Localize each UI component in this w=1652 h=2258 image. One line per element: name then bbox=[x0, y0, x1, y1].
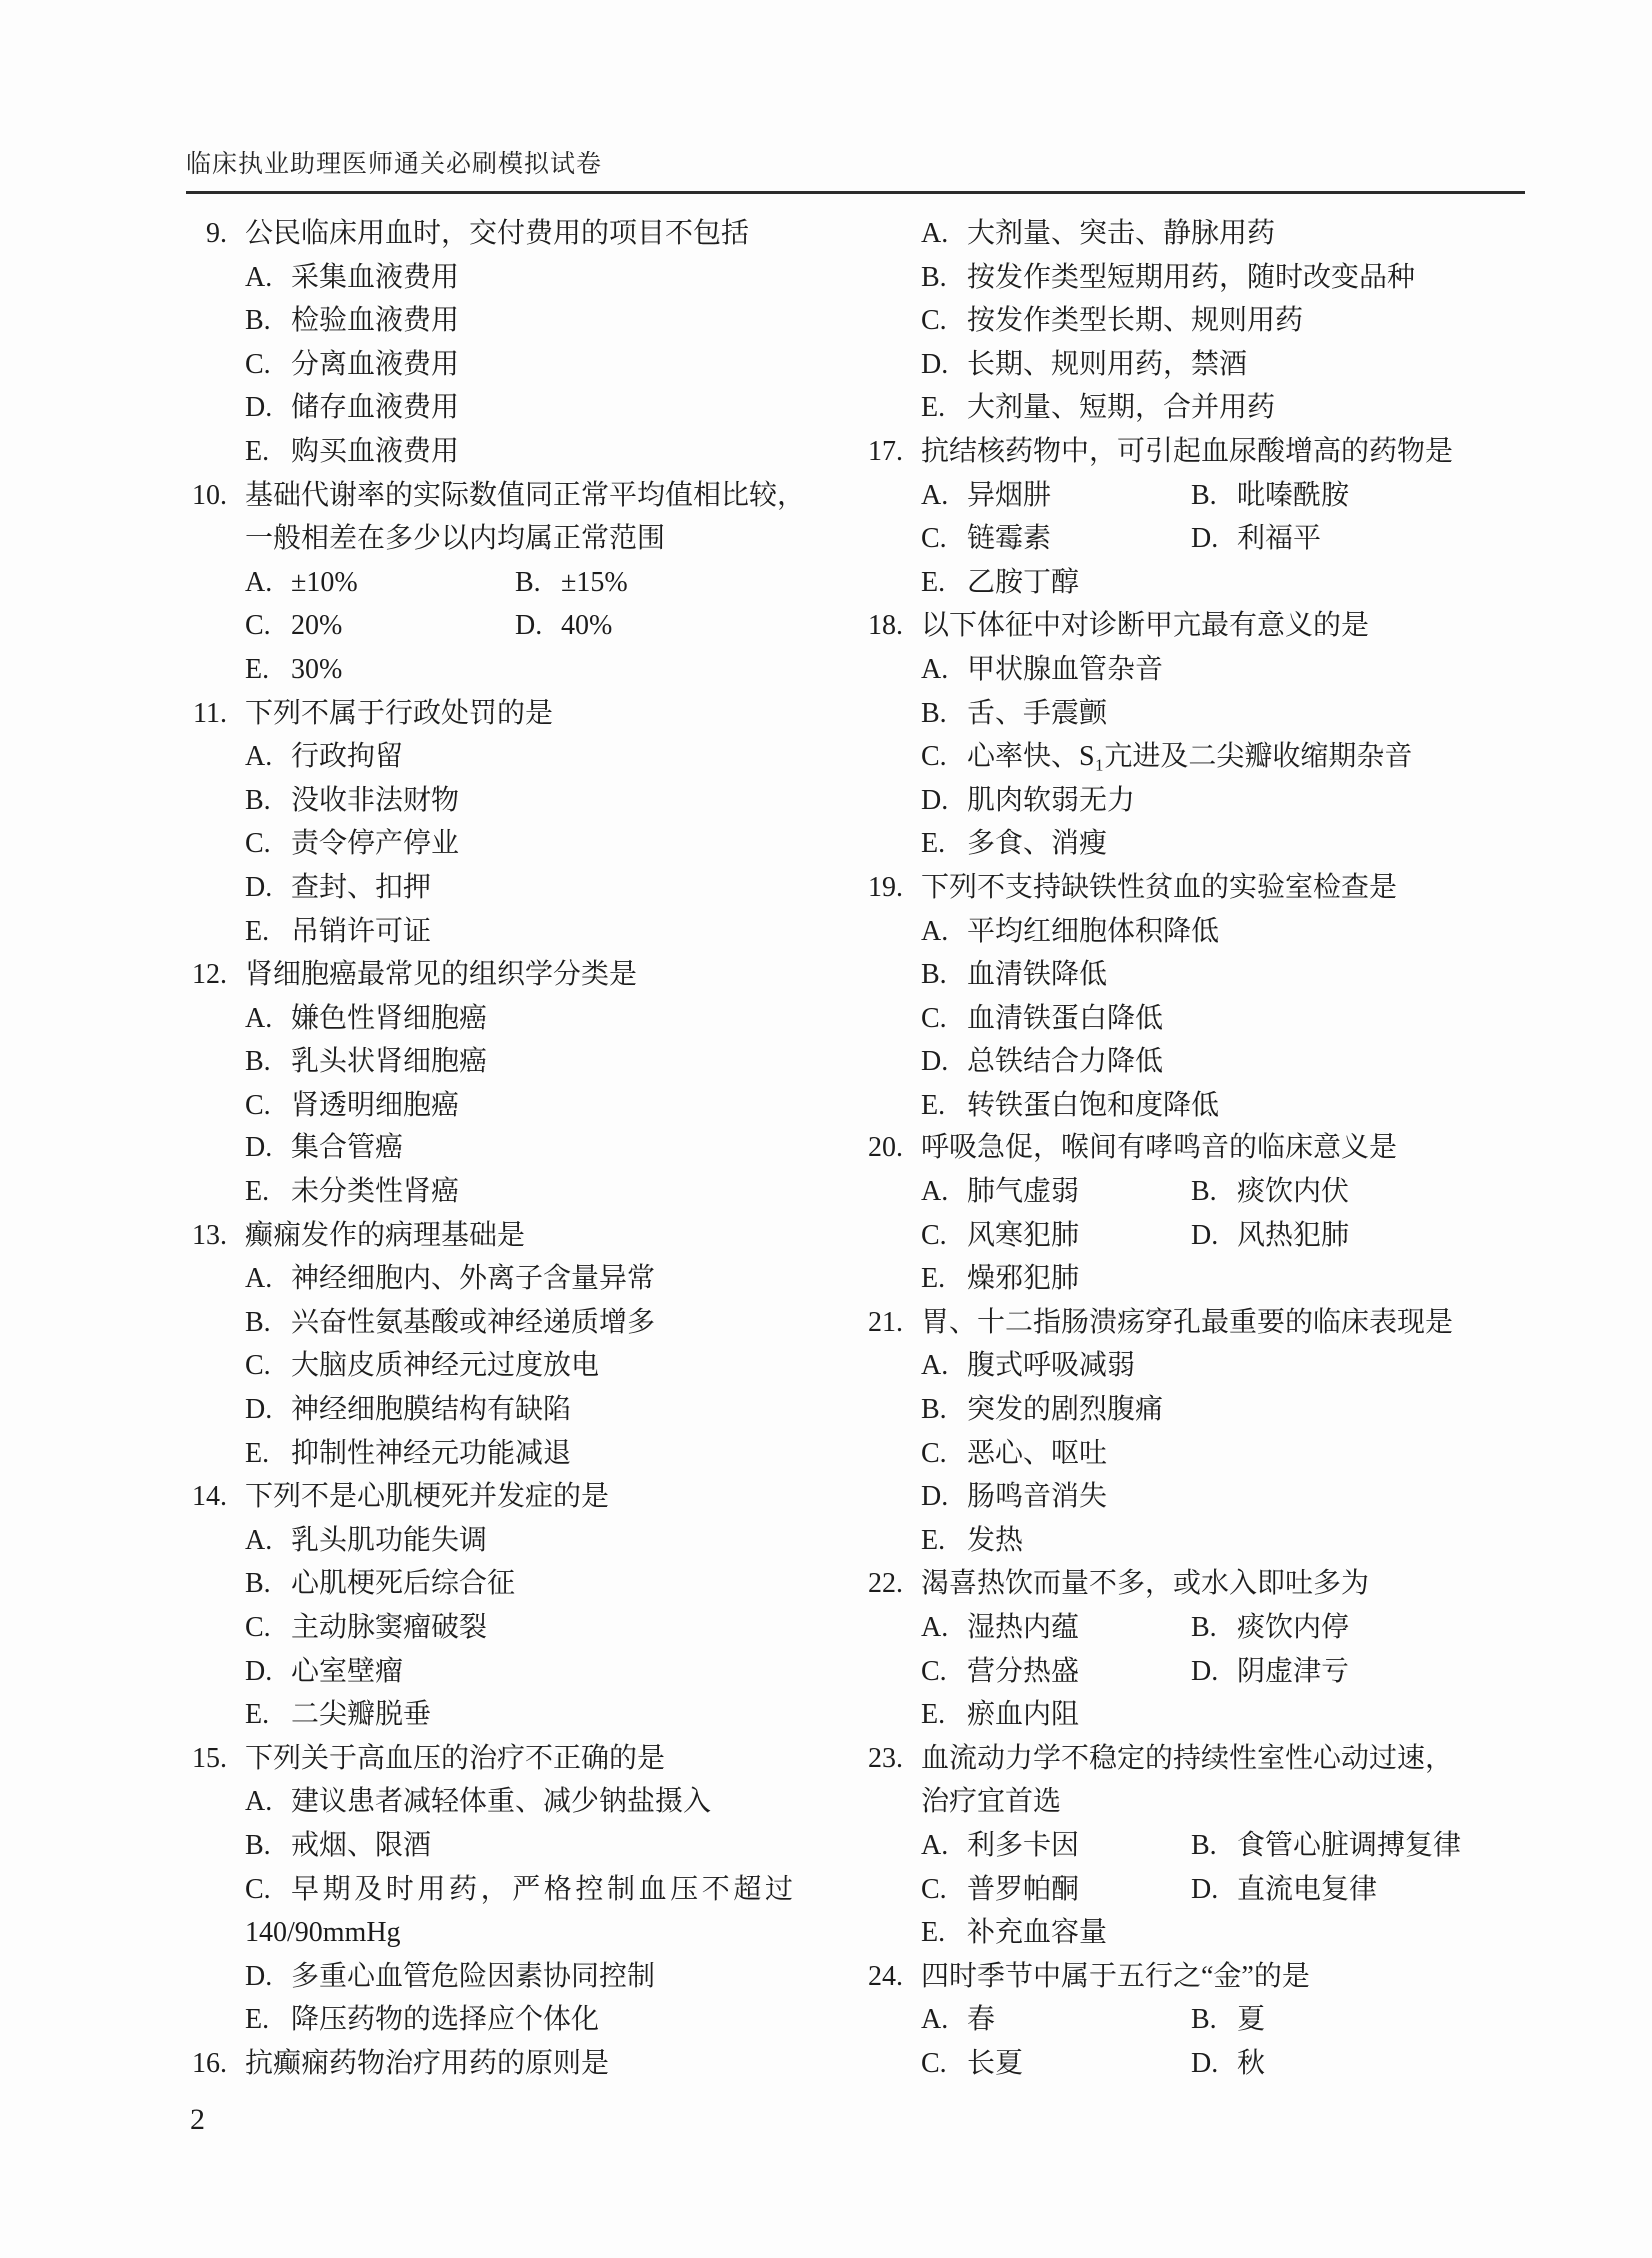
option-label: A. bbox=[245, 997, 291, 1041]
option: C.恶心、呕吐 bbox=[921, 1432, 1525, 1476]
option-row: C.风寒犯肺D.风热犯肺 bbox=[921, 1214, 1525, 1258]
option-label: B. bbox=[245, 1562, 291, 1606]
option-text: 大剂量、突击、静脉用药 bbox=[967, 218, 1275, 249]
option: B.舌、手震颤 bbox=[921, 692, 1525, 736]
option-text: 降压药物的选择应个体化 bbox=[291, 2004, 599, 2035]
option-text: 痰饮内伏 bbox=[1237, 1176, 1349, 1207]
option-row: A.春B.夏 bbox=[921, 1998, 1525, 2042]
option-text: 秋 bbox=[1237, 2048, 1265, 2079]
option-text: 突发的剧烈腹痛 bbox=[967, 1394, 1163, 1425]
option: A.湿热内蕴 bbox=[921, 1606, 1191, 1650]
option-text: 多重心血管危险因素协同控制 bbox=[291, 1961, 655, 1992]
question-number: 18. bbox=[862, 604, 903, 648]
question-number: 17. bbox=[862, 430, 903, 474]
option-label: D. bbox=[245, 1955, 291, 1999]
option-label: D. bbox=[515, 604, 561, 648]
option: E.购买血液费用 bbox=[245, 430, 862, 474]
option-label: B. bbox=[921, 692, 967, 736]
option: E.瘀血内阻 bbox=[921, 1693, 1191, 1737]
option-label: B. bbox=[245, 779, 291, 823]
option-label: E. bbox=[245, 1432, 291, 1476]
option-text: 检验血液费用 bbox=[291, 305, 459, 336]
option-label: E. bbox=[245, 910, 291, 954]
option-label: D. bbox=[245, 386, 291, 430]
option-label: D. bbox=[1191, 517, 1237, 561]
option-label: E. bbox=[245, 1998, 291, 2042]
option: C.长夏 bbox=[921, 2042, 1191, 2086]
option-text: 早期及时用药，严格控制血压不超过 140/90mmHg bbox=[245, 1874, 797, 1949]
option-row: E.燥邪犯肺 bbox=[921, 1257, 1525, 1301]
option: D.肠鸣音消失 bbox=[921, 1475, 1525, 1519]
question-columns: 9.公民临床用血时，交付费用的项目不包括A.采集血液费用B.检验血液费用C.分离… bbox=[186, 212, 1525, 2086]
option: B.没收非法财物 bbox=[245, 779, 862, 823]
question-stem: 13.癫痫发作的病理基础是 bbox=[186, 1214, 862, 1258]
question-number: 16. bbox=[186, 2042, 227, 2086]
option-text: 直流电复律 bbox=[1237, 1874, 1377, 1905]
option-label: C. bbox=[921, 1214, 967, 1258]
option-text: 多食、消瘦 bbox=[967, 828, 1107, 859]
option-text: 戒烟、限酒 bbox=[291, 1830, 431, 1861]
option: D.查封、扣押 bbox=[245, 866, 862, 910]
question-number: 19. bbox=[862, 866, 903, 910]
option-row: E.瘀血内阻 bbox=[921, 1693, 1525, 1737]
option: C.20% bbox=[245, 604, 515, 648]
option-label: A. bbox=[245, 256, 291, 300]
question-block: 11.下列不属于行政处罚的是A.行政拘留B.没收非法财物C.责令停产停业D.查封… bbox=[186, 692, 862, 954]
option-row: C.链霉素D.利福平 bbox=[921, 517, 1525, 561]
question-stem: 22.渴喜热饮而量不多，或水入即吐多为 bbox=[862, 1562, 1525, 1606]
page-number: 2 bbox=[190, 2102, 205, 2138]
question-stem-text: 肾细胞癌最常见的组织学分类是 bbox=[245, 959, 637, 990]
option: A.利多卡因 bbox=[921, 1824, 1191, 1868]
option: E.未分类性肾癌 bbox=[245, 1170, 862, 1214]
option-label: B. bbox=[1191, 474, 1237, 518]
option-label: B. bbox=[245, 1301, 291, 1345]
option: A.肺气虚弱 bbox=[921, 1170, 1191, 1214]
question-block: 15.下列关于高血压的治疗不正确的是A.建议患者减轻体重、减少钠盐摄入B.戒烟、… bbox=[186, 1737, 862, 2042]
question-stem: 10.基础代谢率的实际数值同正常平均值相比较， 一般相差在多少以内均属正常范围 bbox=[186, 474, 862, 561]
option-label: C. bbox=[921, 997, 967, 1041]
option: E.转铁蛋白饱和度降低 bbox=[921, 1084, 1525, 1128]
option: D.秋 bbox=[1191, 2042, 1525, 2086]
option-text: 兴奋性氨基酸或神经递质增多 bbox=[291, 1307, 655, 1338]
option-label: C. bbox=[245, 343, 291, 387]
option-label: D. bbox=[921, 1475, 967, 1519]
option-text: 普罗帕酮 bbox=[967, 1874, 1079, 1905]
option-label: C. bbox=[921, 735, 967, 779]
option: C.大脑皮质神经元过度放电 bbox=[245, 1344, 862, 1388]
option-label: B. bbox=[1191, 1606, 1237, 1650]
header-rule bbox=[186, 191, 1525, 194]
column-right: A.大剂量、突击、静脉用药B.按发作类型短期用药，随时改变品种C.按发作类型长期… bbox=[862, 212, 1525, 2086]
option-text: 春 bbox=[967, 2004, 995, 2035]
option-text: 乳头状肾细胞癌 bbox=[291, 1046, 487, 1077]
option: D.心室壁瘤 bbox=[245, 1650, 862, 1694]
option-label: C. bbox=[921, 1868, 967, 1912]
option-row: A.肺气虚弱B.痰饮内伏 bbox=[921, 1170, 1525, 1214]
option: D.直流电复律 bbox=[1191, 1868, 1525, 1912]
option: A.平均红细胞体积降低 bbox=[921, 910, 1525, 954]
option-label: D. bbox=[245, 1650, 291, 1694]
option-label: B. bbox=[245, 1824, 291, 1868]
option: E.燥邪犯肺 bbox=[921, 1257, 1191, 1301]
question-number: 13. bbox=[186, 1214, 227, 1258]
question-stem-text: 渴喜热饮而量不多，或水入即吐多为 bbox=[921, 1568, 1369, 1599]
option: B.痰饮内伏 bbox=[1191, 1170, 1525, 1214]
option-text: 心率快、S₁亢进及二尖瓣收缩期杂音 bbox=[967, 741, 1412, 772]
option: E.降压药物的选择应个体化 bbox=[245, 1998, 862, 2042]
option-label: B. bbox=[245, 1040, 291, 1084]
option-text: 嫌色性肾细胞癌 bbox=[291, 1003, 487, 1034]
option-label: A. bbox=[245, 735, 291, 779]
question-stem-text: 基础代谢率的实际数值同正常平均值相比较， 一般相差在多少以内均属正常范围 bbox=[245, 480, 805, 555]
option-text: 神经细胞膜结构有缺陷 bbox=[291, 1394, 571, 1425]
option: A.神经细胞内、外离子含量异常 bbox=[245, 1257, 862, 1301]
option: D.利福平 bbox=[1191, 517, 1525, 561]
option-text: 吊销许可证 bbox=[291, 916, 431, 947]
option-label: B. bbox=[1191, 1170, 1237, 1214]
option-text: 总铁结合力降低 bbox=[967, 1046, 1163, 1077]
question-stem-text: 公民临床用血时，交付费用的项目不包括 bbox=[245, 218, 749, 249]
option: A.采集血液费用 bbox=[245, 256, 862, 300]
option-label: A. bbox=[921, 474, 967, 518]
option-text: 吡嗪酰胺 bbox=[1237, 480, 1349, 511]
option-label: A. bbox=[245, 1780, 291, 1824]
question-stem: 23.血流动力学不稳定的持续性室性心动过速， 治疗宜首选 bbox=[862, 1737, 1525, 1824]
option: A.±10% bbox=[245, 561, 515, 605]
question-block: 10.基础代谢率的实际数值同正常平均值相比较， 一般相差在多少以内均属正常范围A… bbox=[186, 474, 862, 692]
option-label: D. bbox=[245, 1127, 291, 1170]
option-label: E. bbox=[921, 561, 967, 605]
question-number: 24. bbox=[862, 1955, 903, 1999]
option: B.痰饮内停 bbox=[1191, 1606, 1525, 1650]
option-label: A. bbox=[921, 1998, 967, 2042]
option: B.乳头状肾细胞癌 bbox=[245, 1040, 862, 1084]
option: C.肾透明细胞癌 bbox=[245, 1084, 862, 1128]
question-block: 17.抗结核药物中，可引起血尿酸增高的药物是A.异烟肼B.吡嗪酰胺C.链霉素D.… bbox=[862, 430, 1525, 604]
option: A.异烟肼 bbox=[921, 474, 1191, 518]
question-number: 12. bbox=[186, 953, 227, 997]
option-label: B. bbox=[245, 299, 291, 343]
option: B.兴奋性氨基酸或神经递质增多 bbox=[245, 1301, 862, 1345]
question-number: 14. bbox=[186, 1475, 227, 1519]
option: D.集合管癌 bbox=[245, 1127, 862, 1170]
option-text: ±15% bbox=[561, 567, 628, 598]
question-block: 23.血流动力学不稳定的持续性室性心动过速， 治疗宜首选A.利多卡因B.食管心脏… bbox=[862, 1737, 1525, 1955]
option-text: 利福平 bbox=[1237, 523, 1321, 554]
options-continuation-block: A.大剂量、突击、静脉用药B.按发作类型短期用药，随时改变品种C.按发作类型长期… bbox=[862, 212, 1525, 430]
option-text: 主动脉窦瘤破裂 bbox=[291, 1612, 487, 1643]
question-stem: 12.肾细胞癌最常见的组织学分类是 bbox=[186, 953, 862, 997]
option: C.按发作类型长期、规则用药 bbox=[921, 299, 1525, 343]
option-text: 责令停产停业 bbox=[291, 828, 459, 859]
option: B.血清铁降低 bbox=[921, 953, 1525, 997]
option: D.长期、规则用药，禁酒 bbox=[921, 343, 1525, 387]
option-text: 恶心、呕吐 bbox=[967, 1438, 1107, 1469]
question-block: 9.公民临床用血时，交付费用的项目不包括A.采集血液费用B.检验血液费用C.分离… bbox=[186, 212, 862, 474]
option-text: 长期、规则用药，禁酒 bbox=[967, 349, 1247, 380]
option: E.二尖瓣脱垂 bbox=[245, 1693, 862, 1737]
option-label: E. bbox=[245, 430, 291, 474]
option: E.补充血容量 bbox=[921, 1911, 1191, 1955]
option: A.建议患者减轻体重、减少钠盐摄入 bbox=[245, 1780, 862, 1824]
option: C.早期及时用药，严格控制血压不超过 140/90mmHg bbox=[245, 1868, 862, 1955]
question-stem-text: 下列不属于行政处罚的是 bbox=[245, 698, 553, 729]
option: B.按发作类型短期用药，随时改变品种 bbox=[921, 256, 1525, 300]
question-block: 14.下列不是心肌梗死并发症的是A.乳头肌功能失调B.心肌梗死后综合征C.主动脉… bbox=[186, 1475, 862, 1737]
option: C.责令停产停业 bbox=[245, 822, 862, 866]
question-stem-text: 下列不支持缺铁性贫血的实验室检查是 bbox=[921, 872, 1397, 903]
option-text: 抑制性神经元功能减退 bbox=[291, 1438, 571, 1469]
question-number: 20. bbox=[862, 1127, 903, 1170]
option-text: 舌、手震颤 bbox=[967, 698, 1107, 729]
option-label: A. bbox=[921, 1344, 967, 1388]
option-text: 燥邪犯肺 bbox=[967, 1263, 1079, 1294]
option-text: 肾透明细胞癌 bbox=[291, 1090, 459, 1121]
option-row: C.20%D.40% bbox=[245, 604, 862, 648]
option-text: 集合管癌 bbox=[291, 1132, 403, 1163]
option-text: ±10% bbox=[291, 567, 358, 598]
option-label: A. bbox=[921, 212, 967, 256]
option-text: 营分热盛 bbox=[967, 1656, 1079, 1687]
option: C.普罗帕酮 bbox=[921, 1868, 1191, 1912]
option-text: 大脑皮质神经元过度放电 bbox=[291, 1350, 599, 1381]
option-text: 长夏 bbox=[967, 2048, 1023, 2079]
question-block: 20.呼吸急促，喉间有哮鸣音的临床意义是A.肺气虚弱B.痰饮内伏C.风寒犯肺D.… bbox=[862, 1127, 1525, 1300]
option-text: 风寒犯肺 bbox=[967, 1220, 1079, 1251]
option-text: 肺气虚弱 bbox=[967, 1176, 1079, 1207]
question-stem-text: 胃、十二指肠溃疡穿孔最重要的临床表现是 bbox=[921, 1307, 1453, 1338]
option-text: 没收非法财物 bbox=[291, 785, 459, 816]
question-stem: 18.以下体征中对诊断甲亢最有意义的是 bbox=[862, 604, 1525, 648]
option-text: 大剂量、短期，合并用药 bbox=[967, 392, 1275, 423]
question-stem-text: 下列不是心肌梗死并发症的是 bbox=[245, 1481, 609, 1512]
question-stem-text: 抗癫痫药物治疗用药的原则是 bbox=[245, 2048, 609, 2079]
option: B.±15% bbox=[515, 561, 862, 605]
question-stem: 17.抗结核药物中，可引起血尿酸增高的药物是 bbox=[862, 430, 1525, 474]
option-label: B. bbox=[1191, 1824, 1237, 1868]
option-row: A.利多卡因B.食管心脏调搏复律 bbox=[921, 1824, 1525, 1868]
option: C.营分热盛 bbox=[921, 1650, 1191, 1694]
option-text: 血清铁降低 bbox=[967, 959, 1107, 990]
option: A.甲状腺血管杂音 bbox=[921, 648, 1525, 692]
option-text: 查封、扣押 bbox=[291, 872, 431, 903]
option: A.春 bbox=[921, 1998, 1191, 2042]
option-label: E. bbox=[245, 1170, 291, 1214]
option: E.乙胺丁醇 bbox=[921, 561, 1191, 605]
exam-page: 临床执业助理医师通关必刷模拟试卷 9.公民临床用血时，交付费用的项目不包括A.采… bbox=[0, 0, 1652, 2258]
option-text: 利多卡因 bbox=[967, 1830, 1079, 1861]
option-label: D. bbox=[1191, 1868, 1237, 1912]
option: D.风热犯肺 bbox=[1191, 1214, 1525, 1258]
option-text: 腹式呼吸减弱 bbox=[967, 1350, 1135, 1381]
option-text: 按发作类型长期、规则用药 bbox=[967, 305, 1303, 336]
question-stem: 24.四时季节中属于五行之“金”的是 bbox=[862, 1955, 1525, 1999]
column-left: 9.公民临床用血时，交付费用的项目不包括A.采集血液费用B.检验血液费用C.分离… bbox=[186, 212, 862, 2086]
option-label: C. bbox=[921, 1432, 967, 1476]
question-block: 18.以下体征中对诊断甲亢最有意义的是A.甲状腺血管杂音B.舌、手震颤C.心率快… bbox=[862, 604, 1525, 866]
question-stem: 16.抗癫痫药物治疗用药的原则是 bbox=[186, 2042, 862, 2086]
option-label: B. bbox=[921, 953, 967, 997]
option-row: C.普罗帕酮D.直流电复律 bbox=[921, 1868, 1525, 1912]
option-label: C. bbox=[921, 517, 967, 561]
option-label: A. bbox=[921, 1824, 967, 1868]
option-row: A.异烟肼B.吡嗪酰胺 bbox=[921, 474, 1525, 518]
option: C.风寒犯肺 bbox=[921, 1214, 1191, 1258]
option-text: 肌肉软弱无力 bbox=[967, 785, 1135, 816]
option-label: A. bbox=[245, 1519, 291, 1563]
question-number: 22. bbox=[862, 1562, 903, 1606]
option-text: 采集血液费用 bbox=[291, 262, 459, 293]
option-text: 发热 bbox=[967, 1525, 1023, 1556]
question-number: 15. bbox=[186, 1737, 227, 1781]
option-text: 储存血液费用 bbox=[291, 392, 459, 423]
question-stem: 11.下列不属于行政处罚的是 bbox=[186, 692, 862, 736]
option-label: D. bbox=[921, 343, 967, 387]
option-text: 20% bbox=[291, 610, 342, 641]
option-label: B. bbox=[515, 561, 561, 605]
option-label: E. bbox=[921, 386, 967, 430]
option-label: E. bbox=[921, 1084, 967, 1128]
option-text: 平均红细胞体积降低 bbox=[967, 916, 1219, 947]
option-row: C.营分热盛D.阴虚津亏 bbox=[921, 1650, 1525, 1694]
option: A.乳头肌功能失调 bbox=[245, 1519, 862, 1563]
option-label: E. bbox=[245, 648, 291, 692]
option-text: 痰饮内停 bbox=[1237, 1612, 1349, 1643]
question-stem: 15.下列关于高血压的治疗不正确的是 bbox=[186, 1737, 862, 1781]
question-number: 11. bbox=[186, 692, 227, 736]
option-label: A. bbox=[245, 561, 291, 605]
question-stem-text: 以下体征中对诊断甲亢最有意义的是 bbox=[921, 610, 1369, 641]
option-text: 补充血容量 bbox=[967, 1917, 1107, 1948]
option: A.腹式呼吸减弱 bbox=[921, 1344, 1525, 1388]
option: D.多重心血管危险因素协同控制 bbox=[245, 1955, 862, 1999]
option: E.发热 bbox=[921, 1519, 1525, 1563]
option-text: 瘀血内阻 bbox=[967, 1699, 1079, 1730]
option: D.肌肉软弱无力 bbox=[921, 779, 1525, 823]
option: C.主动脉窦瘤破裂 bbox=[245, 1606, 862, 1650]
question-stem: 9.公民临床用血时，交付费用的项目不包括 bbox=[186, 212, 862, 256]
question-block: 22.渴喜热饮而量不多，或水入即吐多为A.湿热内蕴B.痰饮内停C.营分热盛D.阴… bbox=[862, 1562, 1525, 1736]
option-label: C. bbox=[921, 299, 967, 343]
question-number: 9. bbox=[186, 212, 227, 256]
option-row: E.30% bbox=[245, 648, 862, 692]
option-text: 未分类性肾癌 bbox=[291, 1176, 459, 1207]
option-text: 乳头肌功能失调 bbox=[291, 1525, 487, 1556]
option: B.夏 bbox=[1191, 1998, 1525, 2042]
option-label: D. bbox=[1191, 1650, 1237, 1694]
question-stem-text: 血流动力学不稳定的持续性室性心动过速， 治疗宜首选 bbox=[921, 1743, 1453, 1818]
option-label: C. bbox=[245, 1344, 291, 1388]
option-label: E. bbox=[921, 822, 967, 866]
option: A.行政拘留 bbox=[245, 735, 862, 779]
question-stem: 21.胃、十二指肠溃疡穿孔最重要的临床表现是 bbox=[862, 1301, 1525, 1345]
option: D.储存血液费用 bbox=[245, 386, 862, 430]
option-text: 心肌梗死后综合征 bbox=[291, 1568, 515, 1599]
option-text: 甲状腺血管杂音 bbox=[967, 654, 1163, 685]
option: E.吊销许可证 bbox=[245, 910, 862, 954]
option-text: 异烟肼 bbox=[967, 480, 1051, 511]
option-label: C. bbox=[245, 1606, 291, 1650]
option-text: 购买血液费用 bbox=[291, 436, 459, 467]
option-text: 食管心脏调搏复律 bbox=[1237, 1830, 1461, 1861]
option-text: 30% bbox=[291, 654, 342, 685]
question-number: 10. bbox=[186, 474, 227, 518]
option: E.30% bbox=[245, 648, 515, 692]
option-text: 阴虚津亏 bbox=[1237, 1656, 1349, 1687]
option: D.阴虚津亏 bbox=[1191, 1650, 1525, 1694]
option-label: B. bbox=[1191, 1998, 1237, 2042]
option-text: 按发作类型短期用药，随时改变品种 bbox=[967, 262, 1415, 293]
option: C.血清铁蛋白降低 bbox=[921, 997, 1525, 1041]
option-text: 行政拘留 bbox=[291, 741, 403, 772]
option-text: 乙胺丁醇 bbox=[967, 567, 1079, 598]
option-text: 风热犯肺 bbox=[1237, 1220, 1349, 1251]
option-label: E. bbox=[921, 1911, 967, 1955]
option-label: E. bbox=[921, 1257, 967, 1301]
option-label: E. bbox=[245, 1693, 291, 1737]
option-label: C. bbox=[245, 822, 291, 866]
option-text: 血清铁蛋白降低 bbox=[967, 1003, 1163, 1034]
option: B.心肌梗死后综合征 bbox=[245, 1562, 862, 1606]
question-number: 21. bbox=[862, 1301, 903, 1345]
option: A.嫌色性肾细胞癌 bbox=[245, 997, 862, 1041]
option: B.戒烟、限酒 bbox=[245, 1824, 862, 1868]
option: D.40% bbox=[515, 604, 862, 648]
option: D.神经细胞膜结构有缺陷 bbox=[245, 1388, 862, 1432]
option-row: E.乙胺丁醇 bbox=[921, 561, 1525, 605]
option-label: A. bbox=[921, 910, 967, 954]
option: E.抑制性神经元功能减退 bbox=[245, 1432, 862, 1476]
option-text: 二尖瓣脱垂 bbox=[291, 1699, 431, 1730]
option: C.心率快、S₁亢进及二尖瓣收缩期杂音 bbox=[921, 735, 1525, 779]
question-stem-text: 四时季节中属于五行之“金”的是 bbox=[921, 1961, 1310, 1992]
option-label: A. bbox=[921, 1170, 967, 1214]
question-stem: 14.下列不是心肌梗死并发症的是 bbox=[186, 1475, 862, 1519]
option-label: B. bbox=[921, 1388, 967, 1432]
question-stem-text: 呼吸急促，喉间有哮鸣音的临床意义是 bbox=[921, 1132, 1397, 1163]
option-text: 夏 bbox=[1237, 2004, 1265, 2035]
option: B.食管心脏调搏复律 bbox=[1191, 1824, 1525, 1868]
option-text: 心室壁瘤 bbox=[291, 1656, 403, 1687]
option: B.突发的剧烈腹痛 bbox=[921, 1388, 1525, 1432]
option: C.分离血液费用 bbox=[245, 343, 862, 387]
option-text: 转铁蛋白饱和度降低 bbox=[967, 1090, 1219, 1121]
option-label: B. bbox=[921, 256, 967, 300]
option-text: 神经细胞内、外离子含量异常 bbox=[291, 1263, 655, 1294]
question-stem-text: 癫痫发作的病理基础是 bbox=[245, 1220, 525, 1251]
option-text: 40% bbox=[561, 610, 612, 641]
question-block: 13.癫痫发作的病理基础是A.神经细胞内、外离子含量异常B.兴奋性氨基酸或神经递… bbox=[186, 1214, 862, 1476]
option-label: D. bbox=[245, 1388, 291, 1432]
option-label: D. bbox=[921, 779, 967, 823]
option-label: C. bbox=[921, 1650, 967, 1694]
option-text: 链霉素 bbox=[967, 523, 1051, 554]
option: D.总铁结合力降低 bbox=[921, 1040, 1525, 1084]
option-label: C. bbox=[245, 1868, 291, 1912]
option-text: 分离血液费用 bbox=[291, 349, 459, 380]
option-label: A. bbox=[921, 1606, 967, 1650]
option-label: D. bbox=[921, 1040, 967, 1084]
option: B.吡嗪酰胺 bbox=[1191, 474, 1525, 518]
option-label: D. bbox=[1191, 2042, 1237, 2086]
option-row: A.湿热内蕴B.痰饮内停 bbox=[921, 1606, 1525, 1650]
question-stem: 19.下列不支持缺铁性贫血的实验室检查是 bbox=[862, 866, 1525, 910]
question-block: 19.下列不支持缺铁性贫血的实验室检查是A.平均红细胞体积降低B.血清铁降低C.… bbox=[862, 866, 1525, 1128]
option-label: C. bbox=[921, 2042, 967, 2086]
question-stem-text: 抗结核药物中，可引起血尿酸增高的药物是 bbox=[921, 436, 1453, 467]
option-text: 肠鸣音消失 bbox=[967, 1481, 1107, 1512]
